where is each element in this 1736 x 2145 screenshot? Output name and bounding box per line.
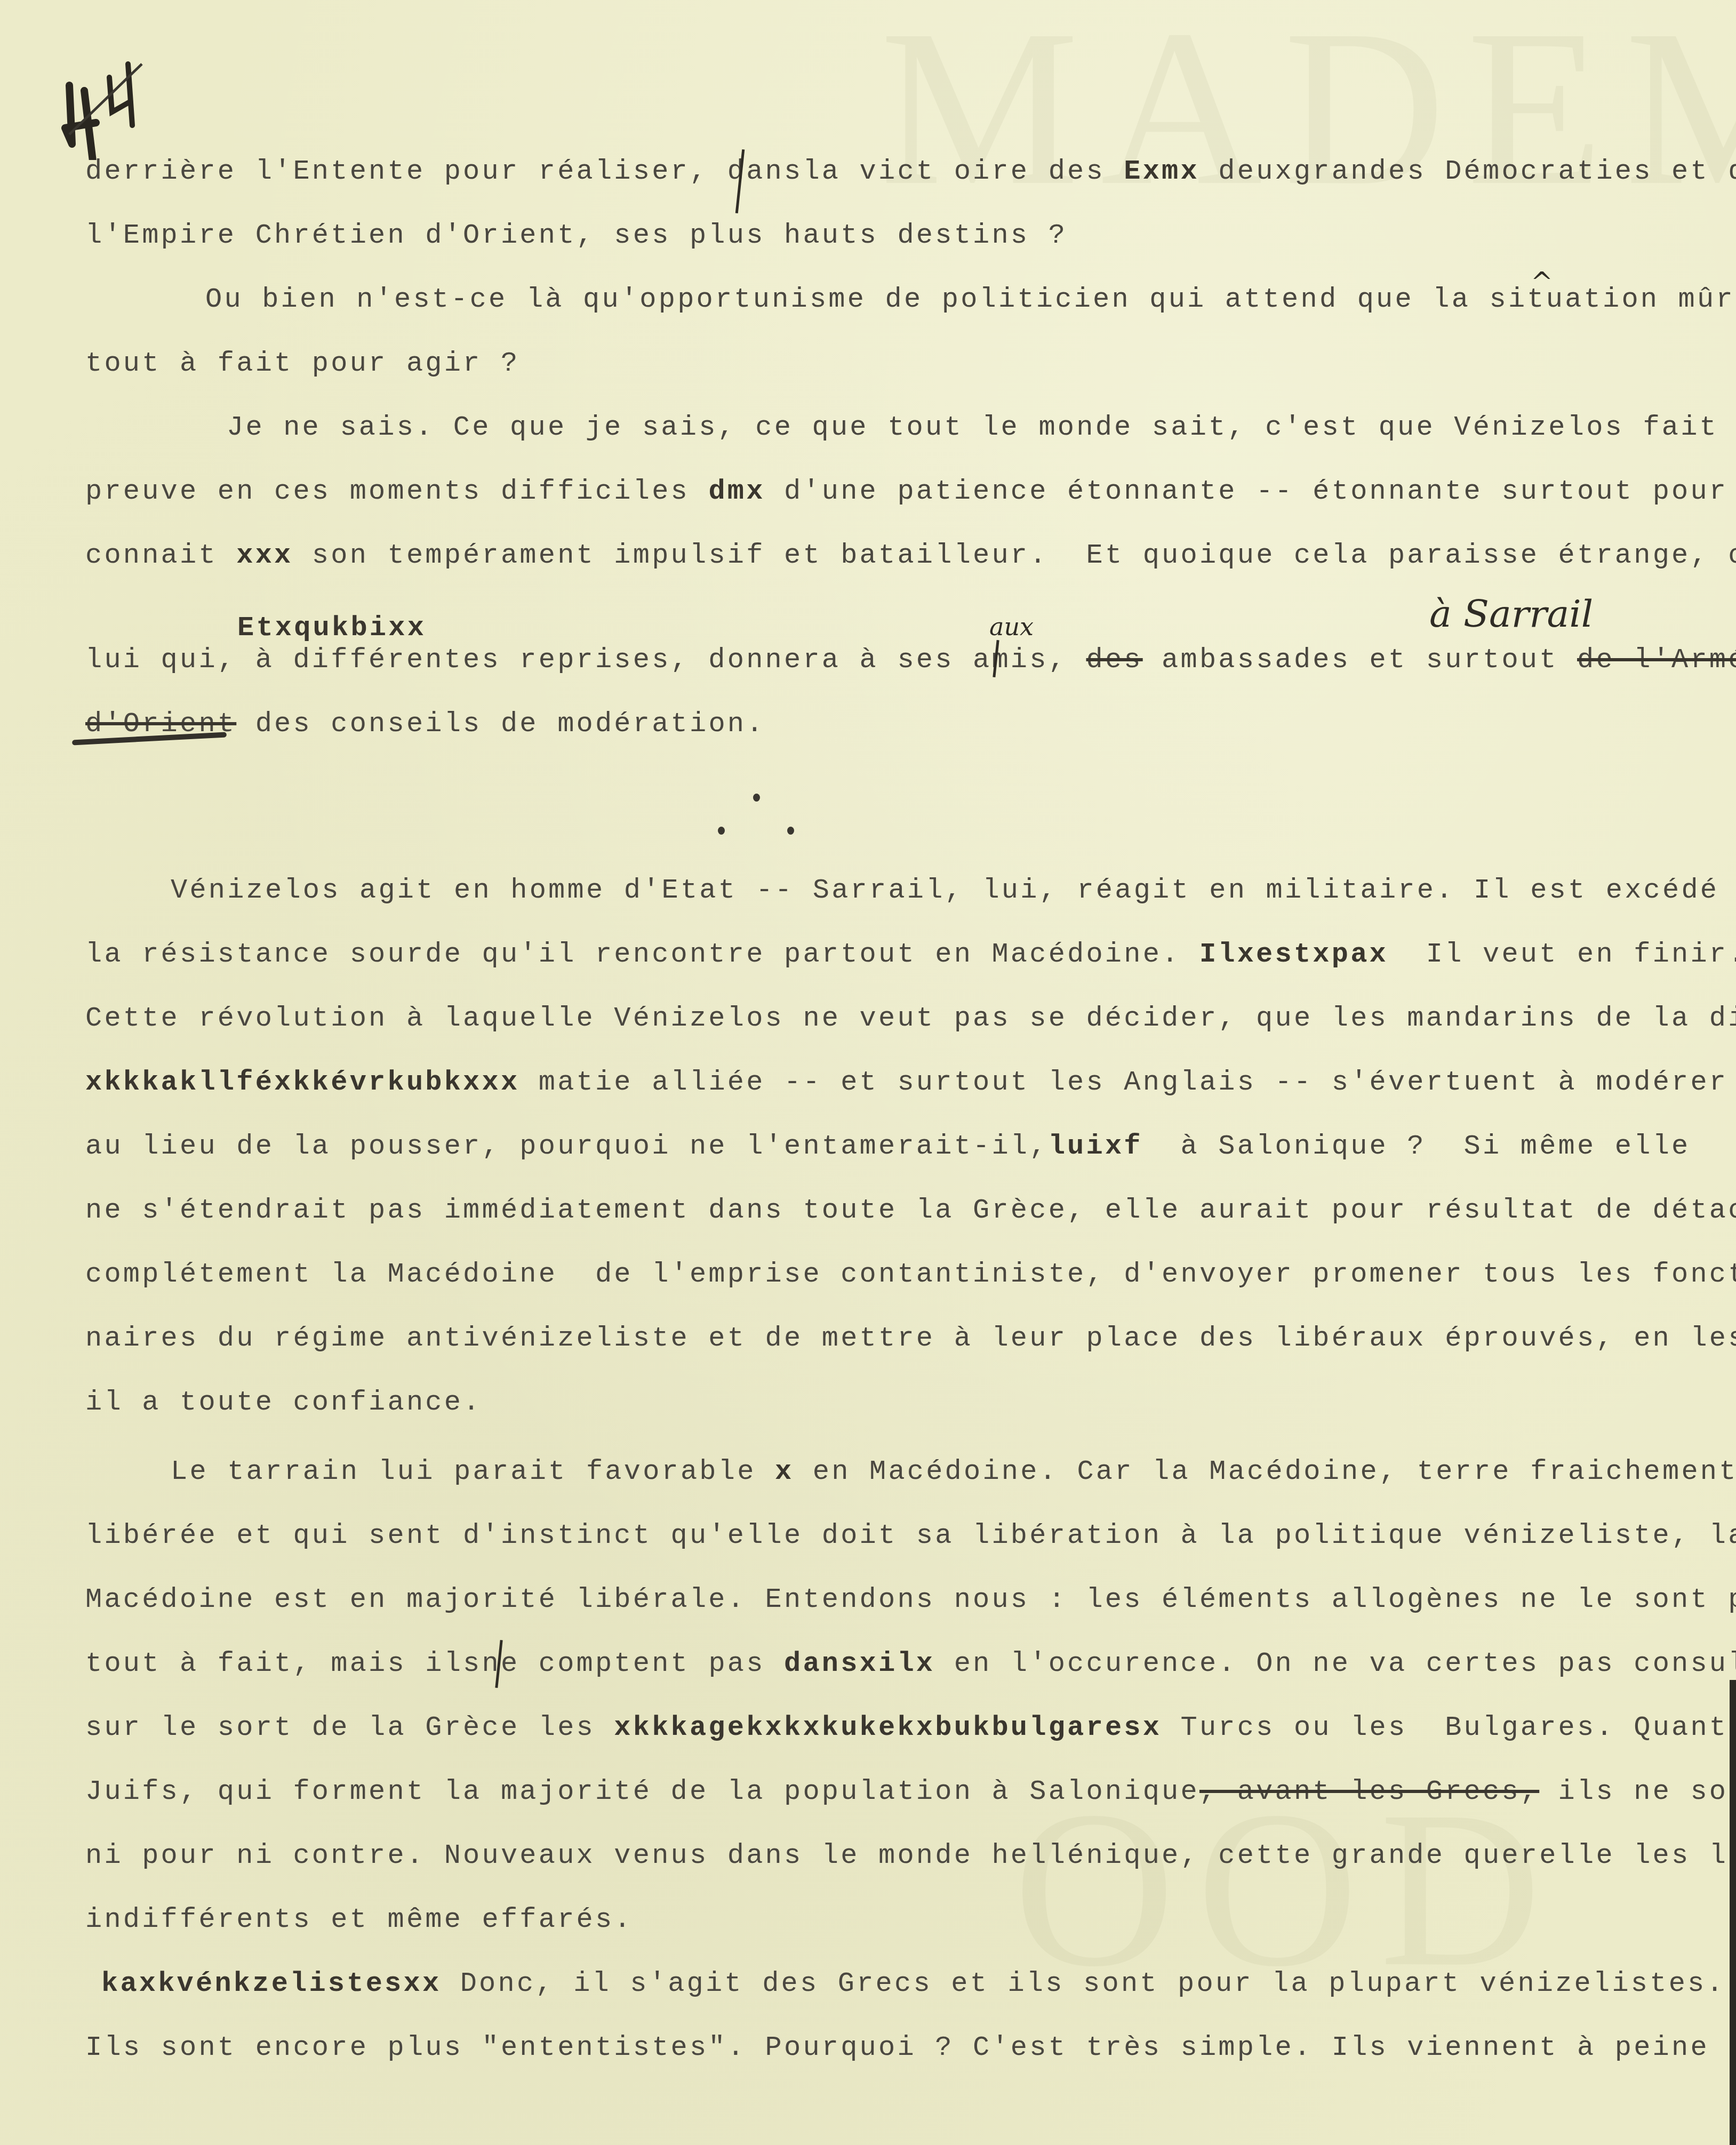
handwritten-page-number: 44 (32, 21, 149, 160)
page-number-glyph-icon (32, 21, 149, 160)
text-segment: Cette révolution à laquelle Vénizelos ne… (85, 1003, 1736, 1034)
typed-line: Juifs, qui forment la majorité de la pop… (85, 1776, 1736, 1808)
typed-line: Le tarrain lui parait favorable x en Mac… (171, 1456, 1736, 1488)
page-edge-shadow (1730, 1680, 1736, 2145)
text-segment: complétement la Macédoine de l'emprise c… (85, 1259, 1736, 1290)
typed-line: xkkkakllféxkkévrkubkxxx matie alliée -- … (85, 1067, 1728, 1099)
typed-line: lui qui, à différentes reprises, donnera… (85, 644, 1736, 676)
typed-line: Vénizelos agit en homme d'Etat -- Sarrai… (171, 875, 1736, 907)
text-segment: matie alliée -- et surtout les Anglais -… (519, 1067, 1728, 1098)
text-segment: il a toute confiance. (85, 1387, 482, 1418)
typed-line: au lieu de la pousser, pourquoi ne l'ent… (85, 1131, 1690, 1163)
text-segment: ils ne sont (1539, 1776, 1736, 1807)
separator-dot-icon (718, 827, 725, 835)
text-segment: des conseils de modération. (236, 708, 765, 740)
text-segment: en Macédoine. Car la Macédoine, terre fr… (794, 1456, 1736, 1487)
overtyped-deletion: Ilxestxpax (1199, 939, 1388, 970)
text-segment: Vénizelos agit en homme d'Etat -- Sarrai… (171, 875, 1736, 906)
text-segment: Donc, il s'agit des Grecs et ils sont po… (441, 1968, 1725, 1999)
text-segment: ne comptent pas (482, 1648, 784, 1679)
overtyped-deletion: dmx (708, 476, 765, 507)
handwritten-note: aux (989, 612, 1034, 641)
overtyped-deletion: dansxilx (784, 1648, 935, 1679)
typed-line: derrière l'Entente pour réaliser, dansla… (85, 156, 1736, 188)
text-segment: Il veut en finir. (1388, 939, 1736, 970)
text-segment: Macédoine est en majorité libérale. Ente… (85, 1584, 1736, 1615)
overtyped-deletion: luixf (1049, 1131, 1143, 1162)
overtyped-deletion: xkkkakllféxkkévrkubkxxx (85, 1067, 519, 1098)
typed-line: il a toute confiance. (85, 1387, 482, 1419)
typed-line: indifférents et même effarés. (85, 1904, 633, 1936)
text-segment: en l'occurence. On ne va certes pas cons… (935, 1648, 1736, 1679)
typed-line: naires du régime antivénizeliste et de m… (85, 1323, 1736, 1355)
typed-line: ni pour ni contre. Nouveaux venus dans l… (85, 1840, 1736, 1872)
typed-line: connait xxx son tempérament impulsif et … (85, 540, 1736, 572)
text-segment: Juifs, qui forment la majorité de la pop… (85, 1776, 1199, 1807)
watermark: MADEM (880, 0, 1736, 236)
typed-line: Je ne sais. Ce que je sais, ce que tout … (227, 412, 1718, 444)
separator-dot-icon (753, 794, 760, 802)
text-segment: Turcs ou les Bulgares. Quant aux (1162, 1712, 1736, 1743)
text-segment: naires du régime antivénizeliste et de m… (85, 1323, 1736, 1354)
struck-text: , avant les Grecs, (1199, 1776, 1539, 1807)
text-segment: d'une patience étonnante -- étonnante su… (765, 476, 1736, 507)
typed-line: ne s'étendrait pas immédiatement dans to… (85, 1195, 1736, 1227)
document-page: MADEM OOD 44 derrière l'Entente pour réa… (0, 0, 1736, 2145)
text-segment: sur le sort de la Grèce les (85, 1712, 614, 1743)
text-segment: tout à fait pour agir ? (85, 348, 519, 379)
text-segment: la résistance sourde qu'il rencontre par… (85, 939, 1199, 970)
text-segment: Ou bien n'est-ce là qu'opportunisme de p… (205, 284, 1736, 315)
typed-line: Macédoine est en majorité libérale. Ente… (85, 1584, 1736, 1616)
text-segment: Le tarrain lui parait favorable (171, 1456, 775, 1487)
separator-dot-icon (787, 827, 794, 835)
typed-line: preuve en ces moments difficiles dmx d'u… (85, 476, 1736, 508)
text-segment: l'Empire Chrétien d'Orient, ses plus hau… (85, 220, 1067, 251)
struck-text: des (1086, 644, 1142, 676)
text-segment: la vict oire des (803, 156, 1124, 187)
text-segment: derrière l'Entente pour réaliser, dans (85, 156, 803, 187)
text-segment: son tempérament impulsif et batailleur. … (293, 540, 1736, 571)
overtyped-deletion: xxx (236, 540, 293, 571)
text-segment: lui qui, à différentes reprises, donnera… (85, 644, 1086, 676)
text-segment: Je ne sais. Ce que je sais, ce que tout … (227, 412, 1718, 443)
text-segment: Ils sont encore plus "ententistes". Pour… (85, 2032, 1736, 2063)
text-segment: tout à fait, mais ils (85, 1648, 482, 1679)
overtyped-deletion: Exmx (1124, 156, 1199, 187)
text-segment: deuxgrandes Démocraties et de (1199, 156, 1736, 187)
overtyped-deletion: xkkkagekxkxkukekxbukbulgaresx (614, 1712, 1162, 1743)
typed-line: complétement la Macédoine de l'emprise c… (85, 1259, 1736, 1291)
typed-line: la résistance sourde qu'il rencontre par… (85, 939, 1736, 971)
typed-line: kaxkvénkzelistesxx Donc, il s'agit des G… (101, 1968, 1725, 2000)
text-segment: à Salonique ? Si même elle (1143, 1131, 1691, 1162)
typed-line: tout à fait, mais ilsne comptent pas dan… (85, 1648, 1736, 1680)
typed-line: Etxqukbixx (237, 612, 426, 644)
handwritten-note: à Sarrail (1429, 592, 1593, 636)
overtyped-deletion: x (775, 1456, 794, 1487)
typed-line: Ils sont encore plus "ententistes". Pour… (85, 2032, 1736, 2064)
text-segment: ni pour ni contre. Nouveaux venus dans l… (85, 1840, 1736, 1871)
typed-line: tout à fait pour agir ? (85, 348, 519, 380)
handwritten-note: ^ (1531, 267, 1553, 298)
text-segment: indifférents et même effarés. (85, 1904, 633, 1935)
text-segment: ne s'étendrait pas immédiatement dans to… (85, 1195, 1736, 1226)
typed-line: Ou bien n'est-ce là qu'opportunisme de p… (205, 284, 1736, 316)
text-segment: preuve en ces moments difficiles (85, 476, 708, 507)
text-segment: ambassades et surtout (1143, 644, 1577, 676)
overtyped-deletion: kaxkvénkzelistesxx (101, 1968, 441, 1999)
text-segment: connait (85, 540, 236, 571)
typed-line: l'Empire Chrétien d'Orient, ses plus hau… (85, 220, 1067, 252)
text-segment: au lieu de la pousser, pourquoi ne l'ent… (85, 1131, 1049, 1162)
typed-line: sur le sort de la Grèce les xkkkagekxkxk… (85, 1712, 1736, 1744)
text-segment: libérée et qui sent d'instinct qu'elle d… (85, 1520, 1736, 1551)
typed-line: Cette révolution à laquelle Vénizelos ne… (85, 1003, 1736, 1035)
struck-text: de l'Armée (1577, 644, 1736, 676)
typed-line: libérée et qui sent d'instinct qu'elle d… (85, 1520, 1736, 1552)
overtyped-deletion: Etxqukbixx (237, 612, 426, 644)
